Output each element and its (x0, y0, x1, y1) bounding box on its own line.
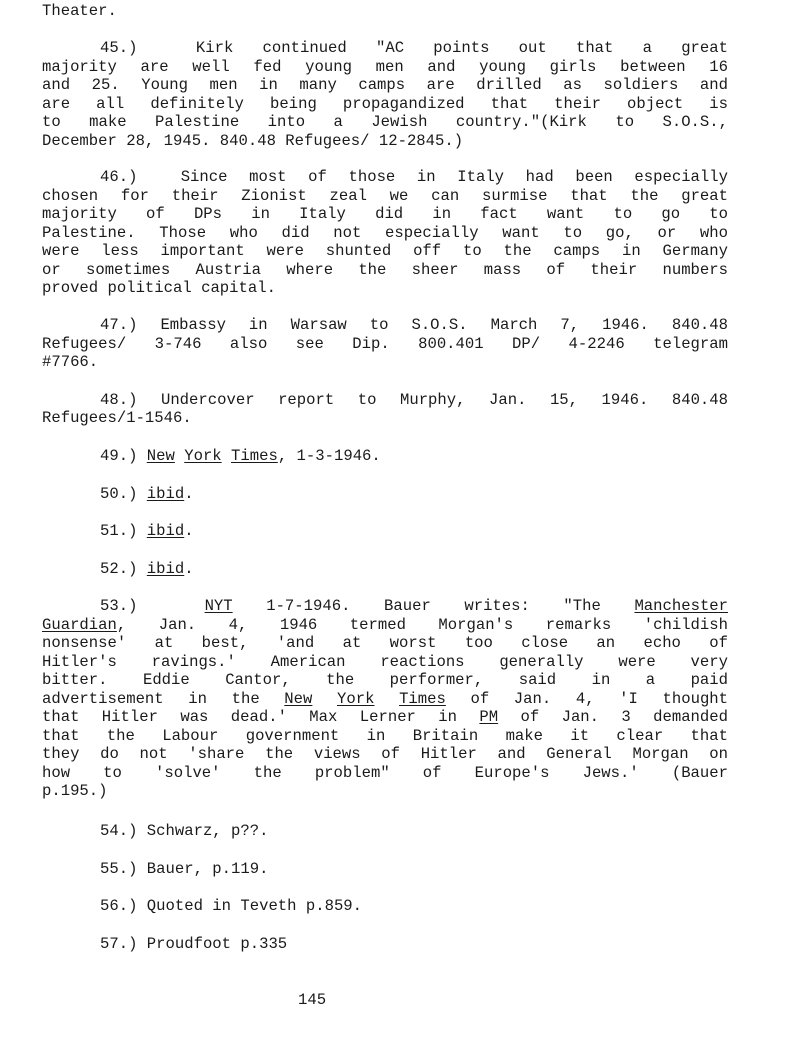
publication-title: New (284, 690, 312, 708)
footnote-52: 52.) ibid. (100, 560, 728, 579)
footnote-marker: 54.) (100, 822, 137, 840)
publication-title: PM (479, 708, 498, 726)
lead-line: Theater. (42, 2, 728, 21)
footnote-line: were less important were shunted off to … (42, 242, 728, 261)
footnote-line: and 25. Young men in many camps are dril… (42, 76, 728, 95)
publication-title: Manchester (634, 597, 728, 615)
footnote-57: 57.) Proudfoot p.335 (100, 935, 728, 954)
publication-title: Guardian (42, 616, 117, 634)
publication-title: York (337, 690, 374, 708)
footnote-line: chosen for their Zionist zeal we can sur… (42, 187, 728, 206)
publication-title: Times (399, 690, 446, 708)
footnote-line: 53.) NYT 1-7-1946. Bauer writes: "The Ma… (100, 597, 728, 616)
publication-title: New (147, 447, 175, 465)
footnote-line: December 28, 1945. 840.48 Refugees/ 12-2… (42, 132, 728, 151)
footnote-51: 51.) ibid. (100, 522, 728, 541)
footnote-line: bitter. Eddie Cantor, the performer, sai… (42, 671, 728, 690)
publication-title: NYT (205, 597, 233, 615)
footnote-line: Refugees/1-1546. (42, 409, 728, 428)
footnote-line: that Hitler was dead.' Max Lerner in PM … (42, 708, 728, 727)
footnote-line: proved political capital. (42, 279, 728, 298)
ibid-citation: ibid (147, 522, 184, 540)
footnote-line: Refugees/ 3-746 also see Dip. 800.401 DP… (42, 335, 728, 354)
footnote-line: Guardian, Jan. 4, 1946 termed Morgan's r… (42, 616, 728, 635)
ibid-citation: ibid (147, 560, 184, 578)
footnote-49: 49.) New York Times, 1-3-1946. (100, 447, 728, 466)
footnote-marker: 49.) (100, 447, 137, 465)
footnote-marker: 52.) (100, 560, 137, 578)
footnote-line: 48.) Undercover report to Murphy, Jan. 1… (100, 391, 728, 410)
footnote-line: 45.) Kirk continued "AC points out that … (100, 39, 728, 58)
footnote-55: 55.) Bauer, p.119. (100, 860, 728, 879)
footnote-line: majority are well fed young men and youn… (42, 58, 728, 77)
footnote-line: to make Palestine into a Jewish country.… (42, 113, 728, 132)
footnote-line: 47.) Embassy in Warsaw to S.O.S. March 7… (100, 316, 728, 335)
footnote-line: nonsense' at best, 'and at worst too clo… (42, 634, 728, 653)
footnote-line: are all definitely being propagandized t… (42, 95, 728, 114)
footnote-line: advertisement in the New York Times of J… (42, 690, 728, 709)
footnote-54: 54.) Schwarz, p??. (100, 822, 728, 841)
footnote-line: majority of DPs in Italy did in fact wan… (42, 205, 728, 224)
publication-title: York (184, 447, 221, 465)
footnote-marker: 53.) (100, 597, 137, 615)
footnote-marker: 55.) (100, 860, 137, 878)
footnote-marker: 51.) (100, 522, 137, 540)
footnote-line: or sometimes Austria where the sheer mas… (42, 261, 728, 280)
footnote-line: that the Labour government in Britain ma… (42, 727, 728, 746)
ibid-citation: ibid (147, 485, 184, 503)
footnote-marker: 56.) (100, 897, 137, 915)
document-page: Theater. 45.) Kirk continued "AC points … (0, 0, 802, 1045)
footnote-50: 50.) ibid. (100, 485, 728, 504)
footnote-56: 56.) Quoted in Teveth p.859. (100, 897, 728, 916)
footnote-line: they do not 'share the views of Hitler a… (42, 745, 728, 764)
footnote-line: how to 'solve' the problem" of Europe's … (42, 764, 728, 783)
footnote-marker: 57.) (100, 935, 137, 953)
page-number: 145 (298, 991, 326, 1009)
footnote-marker: 48.) (100, 391, 137, 409)
footnote-marker: 50.) (100, 485, 137, 503)
footnote-line: p.195.) (42, 782, 728, 801)
footnote-line: 46.) Since most of those in Italy had be… (100, 168, 728, 187)
publication-title: Times (231, 447, 278, 465)
footnote-marker: 47.) (100, 316, 137, 334)
footnote-line: #7766. (42, 353, 728, 372)
footnote-line: Hitler's ravings.' American reactions ge… (42, 653, 728, 672)
footnote-line: Palestine. Those who did not especially … (42, 224, 728, 243)
footnote-marker: 45.) (100, 39, 137, 57)
footnote-marker: 46.) (100, 168, 137, 186)
